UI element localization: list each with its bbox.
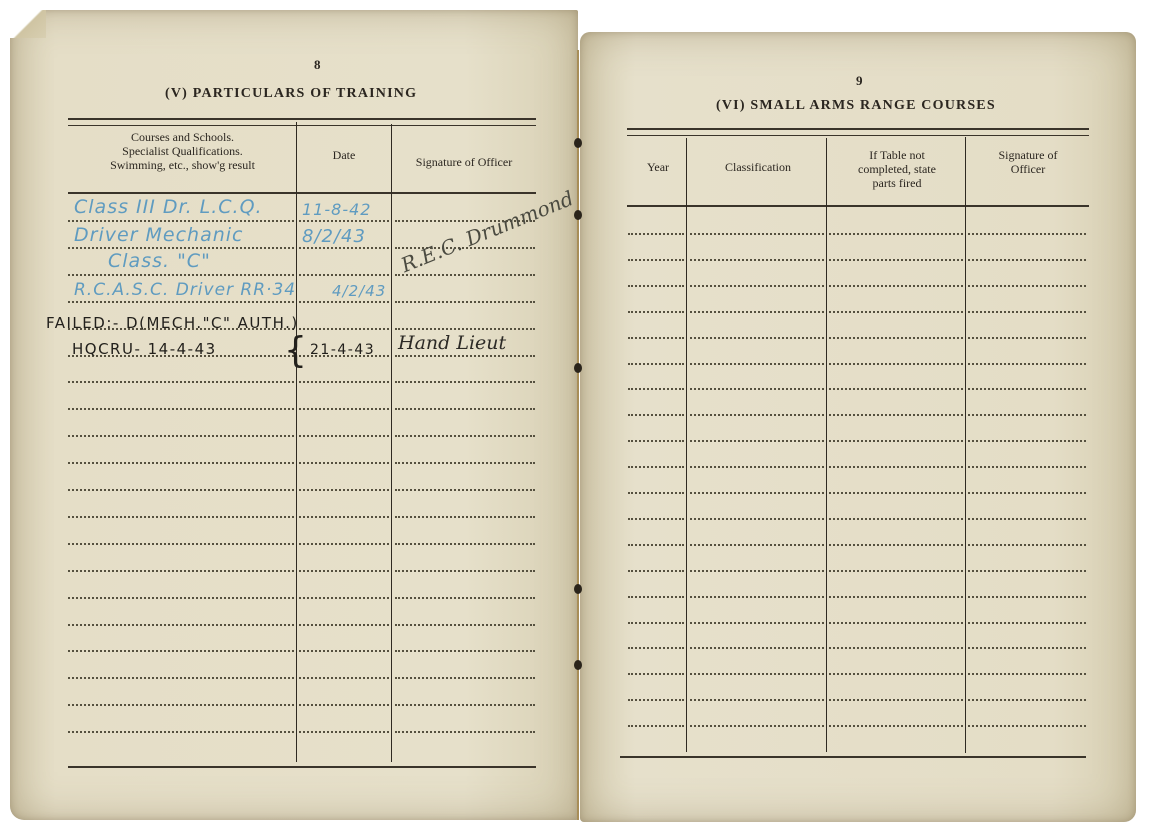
header-rule — [68, 118, 536, 126]
dotted-rule — [968, 414, 1086, 416]
dotted-rule — [68, 624, 294, 626]
dotted-rule — [395, 677, 535, 679]
dotted-rule — [299, 543, 389, 545]
dotted-rule — [829, 647, 963, 649]
dotted-rule — [829, 466, 963, 468]
entry-course: R.C.A.S.C. Driver RR·34 — [74, 280, 296, 300]
dotted-rule — [299, 274, 389, 276]
column-divider — [686, 138, 687, 752]
dotted-rule — [628, 570, 684, 572]
dotted-rule — [68, 462, 294, 464]
column-header-year: Year — [630, 160, 686, 174]
header-bottom-rule — [627, 205, 1089, 207]
dotted-rule — [395, 731, 535, 733]
column-header-line: Specialist Qualifications. — [70, 144, 295, 158]
dotted-rule — [829, 363, 963, 365]
dotted-rule — [690, 673, 824, 675]
dotted-rule — [628, 311, 684, 313]
stitch-hole — [574, 138, 582, 148]
dotted-rule — [395, 462, 535, 464]
dotted-rule — [395, 489, 535, 491]
dotted-rule — [68, 704, 294, 706]
dotted-rule — [968, 363, 1086, 365]
dotted-rule — [690, 596, 824, 598]
dotted-rule — [628, 492, 684, 494]
entry-course: Class. "C" — [108, 250, 211, 272]
dotted-rule — [628, 388, 684, 390]
dotted-rule — [299, 677, 389, 679]
column-header-classification: Classification — [690, 160, 826, 174]
entry-date: 21-4-43 — [310, 342, 375, 358]
dotted-rule — [68, 597, 294, 599]
dotted-rule — [690, 337, 824, 339]
dotted-rule — [299, 489, 389, 491]
dotted-rule — [690, 699, 824, 701]
column-header-line: If Table not — [828, 148, 966, 162]
dotted-rule — [829, 570, 963, 572]
column-header-date: Date — [296, 148, 392, 162]
dotted-rule — [690, 388, 824, 390]
dotted-rule — [690, 647, 824, 649]
dotted-rule — [628, 440, 684, 442]
entry-date: 4/2/43 — [332, 282, 386, 300]
dotted-rule — [628, 673, 684, 675]
dotted-rule — [690, 259, 824, 261]
section-title: (V) PARTICULARS OF TRAINING — [165, 86, 417, 102]
dotted-rule — [68, 301, 294, 303]
column-header-line: Courses and Schools. — [70, 130, 295, 144]
dotted-rule — [829, 673, 963, 675]
column-header-signature: Signature of Officer — [393, 155, 535, 169]
dotted-rule — [628, 544, 684, 546]
dotted-rule — [829, 414, 963, 416]
dotted-rule — [628, 363, 684, 365]
dotted-rule — [690, 518, 824, 520]
dotted-rule — [68, 543, 294, 545]
entry-course: Driver Mechanic — [74, 224, 244, 246]
dotted-rule — [829, 544, 963, 546]
dotted-rule — [690, 311, 824, 313]
dotted-rule — [690, 363, 824, 365]
dotted-rule — [690, 414, 824, 416]
dotted-rule — [829, 518, 963, 520]
page-number: 8 — [314, 57, 321, 73]
dotted-rule — [299, 731, 389, 733]
dotted-rule — [395, 597, 535, 599]
dotted-rule — [690, 492, 824, 494]
dotted-rule — [829, 622, 963, 624]
stitch-hole — [574, 210, 582, 220]
entry-course: Class III Dr. L.C.Q. — [74, 196, 263, 218]
bottom-rule — [68, 766, 536, 768]
dotted-rule — [299, 624, 389, 626]
dotted-rule — [68, 274, 294, 276]
stitch-hole — [574, 660, 582, 670]
dotted-rule — [690, 466, 824, 468]
dotted-rule — [628, 622, 684, 624]
dotted-rule — [968, 233, 1086, 235]
dotted-rule — [829, 259, 963, 261]
dotted-rule — [968, 311, 1086, 313]
dotted-rule — [628, 466, 684, 468]
dotted-rule — [829, 725, 963, 727]
dotted-rule — [299, 650, 389, 652]
column-divider — [296, 122, 297, 762]
section-title: (VI) SMALL ARMS RANGE COURSES — [716, 98, 996, 114]
dotted-rule — [299, 220, 389, 222]
dotted-rule — [299, 704, 389, 706]
dotted-rule — [628, 285, 684, 287]
dotted-rule — [68, 408, 294, 410]
dotted-rule — [829, 311, 963, 313]
dotted-rule — [395, 274, 535, 276]
dotted-rule — [690, 544, 824, 546]
header-bottom-rule — [68, 192, 536, 194]
entry-date: 8/2/43 — [302, 226, 366, 247]
dotted-rule — [299, 381, 389, 383]
dotted-rule — [395, 301, 535, 303]
dotted-rule — [829, 699, 963, 701]
dotted-rule — [395, 328, 535, 330]
dotted-rule — [829, 596, 963, 598]
dotted-rule — [299, 516, 389, 518]
dotted-rule — [829, 388, 963, 390]
dotted-rule — [968, 285, 1086, 287]
dotted-rule — [628, 699, 684, 701]
dotted-rule — [299, 301, 389, 303]
dotted-rule — [968, 725, 1086, 727]
dotted-rule — [299, 462, 389, 464]
dotted-rule — [628, 259, 684, 261]
dotted-rule — [68, 381, 294, 383]
dotted-rule — [299, 247, 389, 249]
dotted-rule — [299, 408, 389, 410]
dotted-rule — [829, 233, 963, 235]
dotted-rule — [395, 435, 535, 437]
column-divider — [391, 124, 392, 762]
column-header-courses: Courses and Schools. Specialist Qualific… — [70, 130, 295, 172]
dotted-rule — [690, 725, 824, 727]
page-number: 9 — [856, 73, 863, 89]
dotted-rule — [829, 285, 963, 287]
dotted-rule — [68, 220, 294, 222]
stitch-hole — [574, 584, 582, 594]
dotted-rule — [690, 440, 824, 442]
dotted-rule — [68, 677, 294, 679]
book-gutter — [577, 50, 579, 820]
dotted-rule — [68, 516, 294, 518]
dotted-rule — [829, 337, 963, 339]
dotted-rule — [299, 597, 389, 599]
dotted-rule — [628, 233, 684, 235]
bottom-rule — [620, 756, 1086, 758]
column-divider — [826, 138, 827, 752]
dotted-rule — [690, 285, 824, 287]
dotted-rule — [68, 247, 294, 249]
dotted-rule — [395, 570, 535, 572]
dotted-rule — [395, 704, 535, 706]
dotted-rule — [628, 414, 684, 416]
column-header-line: completed, state — [828, 162, 966, 176]
dotted-rule — [299, 570, 389, 572]
dotted-rule — [628, 725, 684, 727]
dotted-rule — [968, 259, 1086, 261]
dotted-rule — [68, 570, 294, 572]
dotted-rule — [968, 622, 1086, 624]
dotted-rule — [299, 435, 389, 437]
dotted-rule — [968, 337, 1086, 339]
dotted-rule — [68, 489, 294, 491]
dotted-rule — [968, 647, 1086, 649]
dotted-rule — [968, 466, 1086, 468]
dotted-rule — [968, 440, 1086, 442]
dotted-rule — [628, 337, 684, 339]
header-rule — [627, 128, 1089, 136]
column-header-line: parts fired — [828, 176, 966, 190]
dotted-rule — [628, 596, 684, 598]
dotted-rule — [395, 408, 535, 410]
dotted-rule — [395, 624, 535, 626]
dotted-rule — [968, 699, 1086, 701]
brace-mark: { — [284, 330, 307, 371]
dotted-rule — [690, 622, 824, 624]
dotted-rule — [628, 518, 684, 520]
column-divider — [965, 137, 966, 753]
dotted-rule — [395, 381, 535, 383]
entry-course: HQCRU- 14-4-43 — [72, 340, 217, 358]
dotted-rule — [395, 355, 535, 357]
column-header-line: Officer — [968, 162, 1088, 176]
column-header-line: Signature of — [968, 148, 1088, 162]
dotted-rule — [968, 673, 1086, 675]
dotted-rule — [829, 492, 963, 494]
column-header-parts-fired: If Table not completed, state parts fire… — [828, 148, 966, 190]
dotted-rule — [690, 233, 824, 235]
dotted-rule — [968, 570, 1086, 572]
entry-course: FAILED:- D(MECH."C" AUTH.) — [46, 314, 299, 332]
dotted-rule — [690, 570, 824, 572]
dotted-rule — [395, 516, 535, 518]
column-header-line: Swimming, etc., show'g result — [70, 158, 295, 172]
officer-signature: Hand Lieut — [398, 332, 506, 354]
dotted-rule — [968, 544, 1086, 546]
dotted-rule — [628, 647, 684, 649]
dotted-rule — [68, 435, 294, 437]
dotted-rule — [395, 543, 535, 545]
dotted-rule — [968, 492, 1086, 494]
dotted-rule — [968, 596, 1086, 598]
dotted-rule — [968, 518, 1086, 520]
dotted-rule — [68, 650, 294, 652]
stitch-hole — [574, 363, 582, 373]
dotted-rule — [395, 650, 535, 652]
entry-date: 11-8-42 — [302, 200, 371, 219]
dotted-rule — [829, 440, 963, 442]
dotted-rule — [968, 388, 1086, 390]
dotted-rule — [68, 731, 294, 733]
column-header-signature: Signature of Officer — [968, 148, 1088, 176]
dotted-rule — [299, 328, 389, 330]
